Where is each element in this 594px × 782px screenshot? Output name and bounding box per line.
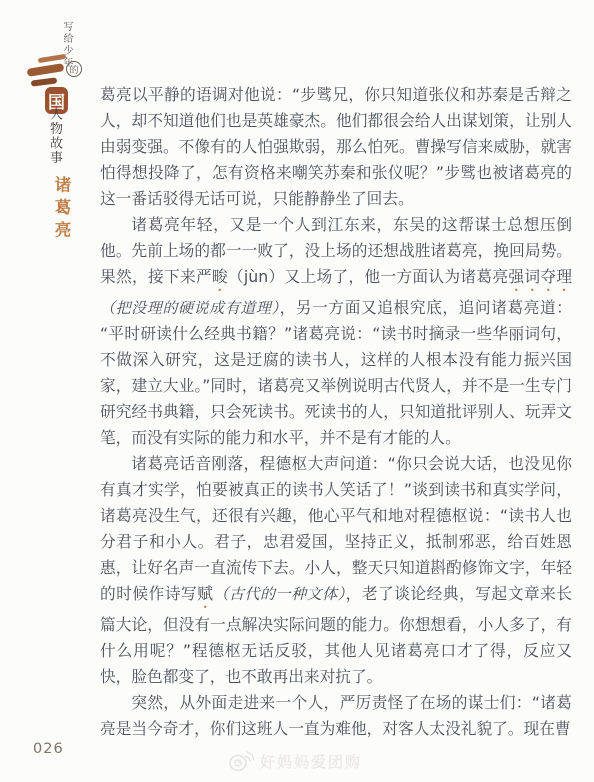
watermark: 好妈妈爱团购 (228, 749, 362, 773)
logo-brushstroke-icon (31, 77, 58, 86)
series-subtitle: 人物故事 (45, 107, 64, 165)
weibo-eye-icon (228, 749, 254, 773)
series-de-badge: 的 (66, 61, 82, 77)
paragraph: 突然，从外面走进来一个人，严厉责怪了在场的谋士们：“诸葛亮是当今奇才，你们这班人… (100, 690, 572, 742)
watermark-text: 好妈妈爱团购 (260, 751, 362, 772)
chapter-title: 诸葛亮 (49, 176, 73, 244)
body-text: 葛亮以平静的语调对他说：“步骘兄，你只知道张仪和苏秦是舌辩之人，却不知道他们也是… (100, 82, 572, 742)
paragraph: 葛亮以平静的语调对他说：“步骘兄，你只知道张仪和苏秦是舌辩之人，却不知道他们也是… (100, 82, 572, 212)
paragraph: 诸葛亮年轻，又是一个人到江东来，东吴的这帮谋士总想压倒他。先前上场的都一一败了，… (100, 212, 572, 451)
logo-brushstroke-icon (27, 63, 65, 77)
paragraph: 诸葛亮话音刚落，程德枢大声问道：“你只会说大话，也没见你有真才实学，怕要被真正的… (100, 451, 572, 690)
book-page: 写给少年 的 国 人物故事 诸葛亮 葛亮以平静的语调对他说：“步骘兄，你只知道张… (0, 0, 594, 782)
page-number: 026 (33, 741, 64, 757)
